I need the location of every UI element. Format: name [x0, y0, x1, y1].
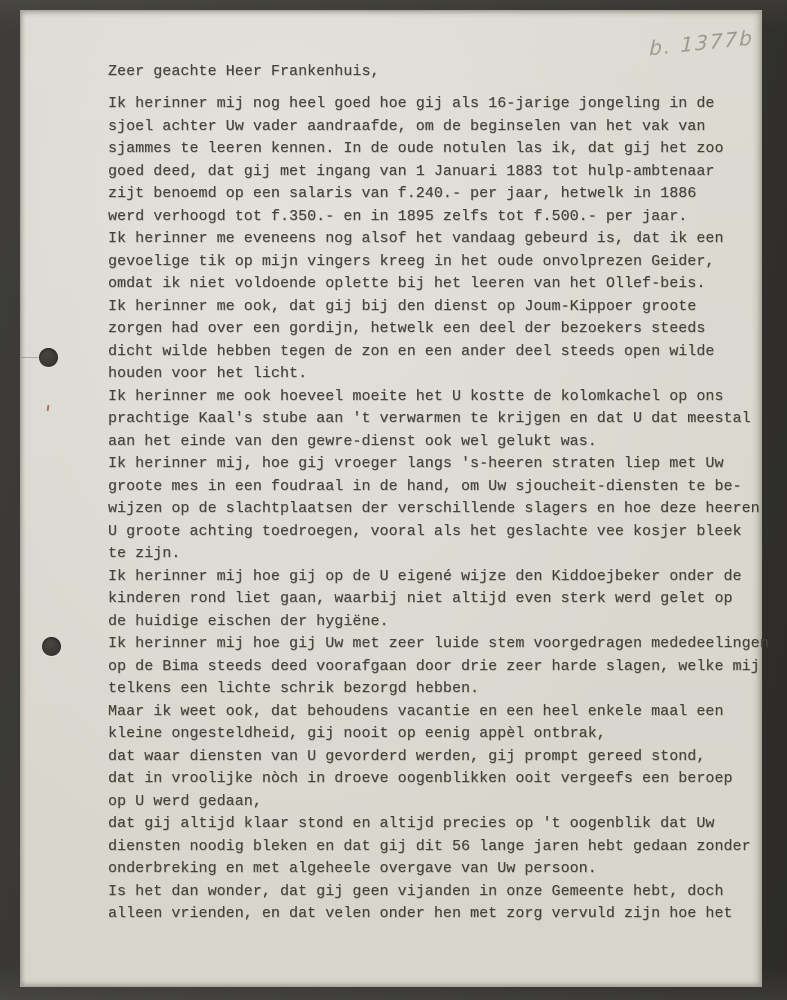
letter-line: goed deed, dat gij met ingang van 1 Janu… — [108, 161, 769, 184]
photo-backdrop: b. 1377b Zeer geachte Heer Frankenhuis, … — [0, 0, 787, 1000]
letter-line: onderbreking en met algeheele overgave v… — [108, 858, 769, 881]
letter-text: Zeer geachte Heer Frankenhuis, Ik herinn… — [108, 61, 769, 926]
letter-line: Ik herinner mij, hoe gij vroeger langs '… — [108, 453, 769, 476]
letter-line: Ik herinner me eveneens nog alsof het va… — [108, 228, 769, 251]
letter-line: diensten noodig bleken en dat gij dit 56… — [108, 836, 769, 859]
letter-line: kleine ongesteldheid, gij nooit op eenig… — [108, 723, 769, 746]
letter-line: prachtige Kaal's stube aan 't verwarmen … — [108, 408, 769, 431]
letter-line: sjoel achter Uw vader aandraafde, om de … — [108, 116, 769, 139]
letter-line: dat waar diensten van U gevorderd werden… — [108, 746, 769, 769]
letter-line: Ik herinner mij nog heel goed hoe gij al… — [108, 93, 769, 116]
letter-line: dat gij altijd klaar stond en altijd pre… — [108, 813, 769, 836]
letter-line: zijt benoemd op een salaris van f.240.- … — [108, 183, 769, 206]
punch-hole — [39, 348, 58, 367]
letter-page: b. 1377b Zeer geachte Heer Frankenhuis, … — [20, 10, 762, 987]
letter-line: op de Bima steeds deed voorafgaan door d… — [108, 656, 769, 679]
letter-line: wijzen op de slachtplaatsen der verschil… — [108, 498, 769, 521]
letter-line: alleen vrienden, en dat velen onder hen … — [108, 903, 769, 926]
archival-number-annotation: b. 1377b — [649, 22, 787, 61]
punch-hole — [42, 637, 61, 656]
letter-line: te zijn. — [108, 543, 769, 566]
letter-line: dat in vroolijke nòch in droeve oogenbli… — [108, 768, 769, 791]
letter-line: zorgen had over een gordijn, hetwelk een… — [108, 318, 769, 341]
letter-line: Maar ik weet ook, dat behoudens vacantie… — [108, 701, 769, 724]
letter-line: sjammes te leeren kennen. In de oude not… — [108, 138, 769, 161]
letter-line: omdat ik niet voldoende oplette bij het … — [108, 273, 769, 296]
letter-line: houden voor het licht. — [108, 363, 769, 386]
letter-line: kinderen rond liet gaan, waarbij niet al… — [108, 588, 769, 611]
ink-speck — [47, 405, 50, 411]
letter-line: Ik herinner me ook hoeveel moeite het U … — [108, 386, 769, 409]
letter-line: Ik herinner mij hoe gij op de U eigené w… — [108, 566, 769, 589]
letter-body: Ik herinner mij nog heel goed hoe gij al… — [108, 93, 769, 926]
letter-line: U groote achting toedroegen, vooral als … — [108, 521, 769, 544]
letter-line: Ik herinner mij hoe gij Uw met zeer luid… — [108, 633, 769, 656]
letter-line: Is het dan wonder, dat gij geen vijanden… — [108, 881, 769, 904]
letter-line: telkens een lichte schrik bezorgd hebben… — [108, 678, 769, 701]
letter-line: groote mes in een foudraal in de hand, o… — [108, 476, 769, 499]
letter-line: op U werd gedaan, — [108, 791, 769, 814]
letter-line: dicht wilde hebben tegen de zon en een a… — [108, 341, 769, 364]
letter-line: aan het einde van den gewre-dienst ook w… — [108, 431, 769, 454]
letter-line: gevoelige tik op mijn vingers kreeg in h… — [108, 251, 769, 274]
letter-line: de huidige eischen der hygiëne. — [108, 611, 769, 634]
letter-line: werd verhoogd tot f.350.- en in 1895 zel… — [108, 206, 769, 229]
letter-line: Ik herinner me ook, dat gij bij den dien… — [108, 296, 769, 319]
salutation: Zeer geachte Heer Frankenhuis, — [108, 61, 769, 84]
